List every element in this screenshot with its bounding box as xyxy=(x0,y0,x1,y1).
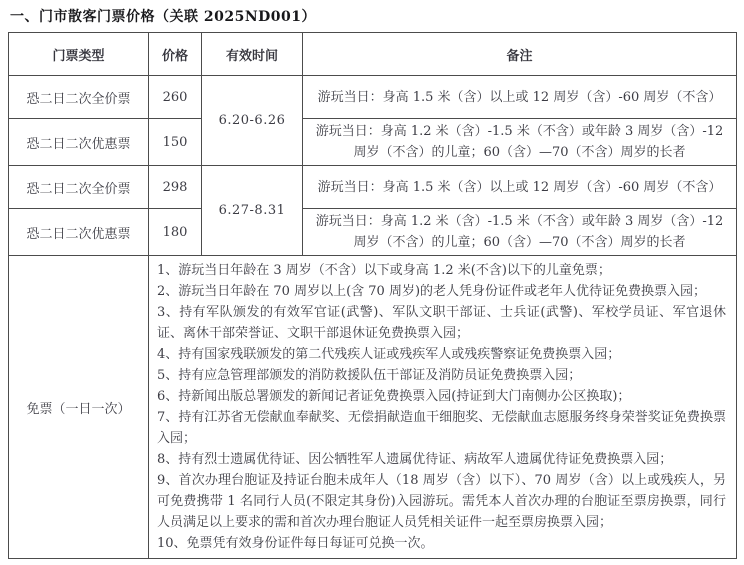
col-header-valid-time: 有效时间 xyxy=(202,33,303,76)
free-rule-item: 6、持新闻出版总署颁发的新闻记者证免费换票入园(持证到大门南侧办公区换取)； xyxy=(157,386,726,407)
ticket-price-table: 门票类型 价格 有效时间 备注 恐二日二次全价票 260 6.20-6.26 游… xyxy=(8,32,737,559)
free-rule-item: 1、游玩当日年龄在 3 周岁（不含）以下或身高 1.2 米(不含)以下的儿童免票… xyxy=(157,260,726,281)
table-header-row: 门票类型 价格 有效时间 备注 xyxy=(9,33,737,76)
free-rule-item: 2、游玩当日年龄在 70 周岁以上(含 70 周岁)的老人凭身份证件或老年人优待… xyxy=(157,281,726,302)
table-row: 恐二日二次优惠票 180 游玩当日：身高 1.2 米（含）-1.5 米（不含）或… xyxy=(9,209,737,256)
free-ticket-label: 免票（一日一次） xyxy=(9,256,149,559)
remark-cell: 游玩当日：身高 1.5 米（含）以上或 12 周岁（含）-60 周岁（不含） xyxy=(303,76,737,119)
table-row: 恐二日二次优惠票 150 游玩当日：身高 1.2 米（含）-1.5 米（不含）或… xyxy=(9,119,737,166)
page-title: 一、门市散客门票价格（关联 2025ND001） xyxy=(10,6,736,26)
free-rule-item: 9、首次办理台胞证及持证台胞未成年人（18 周岁（含）以下）、70 周岁（含）以… xyxy=(157,470,726,533)
document-page: 一、门市散客门票价格（关联 2025ND001） 门票类型 价格 有效时间 备注… xyxy=(0,0,744,559)
ticket-type-cell: 恐二日二次优惠票 xyxy=(9,119,149,166)
valid-time-cell: 6.20-6.26 xyxy=(202,76,303,166)
free-rule-item: 5、持有应急管理部颁发的消防救援队伍干部证及消防员证免费换票入园； xyxy=(157,365,726,386)
free-rule-item: 4、持有国家残联颁发的第二代残疾人证或残疾军人或残疾警察证免费换票入园； xyxy=(157,344,726,365)
table-row: 恐二日二次全价票 298 6.27-8.31 游玩当日：身高 1.5 米（含）以… xyxy=(9,166,737,209)
col-header-price: 价格 xyxy=(149,33,202,76)
ticket-type-cell: 恐二日二次全价票 xyxy=(9,166,149,209)
col-header-remark: 备注 xyxy=(303,33,737,76)
price-cell: 150 xyxy=(149,119,202,166)
free-ticket-rules-cell: 1、游玩当日年龄在 3 周岁（不含）以下或身高 1.2 米(不含)以下的儿童免票… xyxy=(149,256,737,559)
free-rule-item: 7、持有江苏省无偿献血奉献奖、无偿捐献造血干细胞奖、无偿献血志愿服务终身荣誉奖证… xyxy=(157,407,726,449)
table-row: 恐二日二次全价票 260 6.20-6.26 游玩当日：身高 1.5 米（含）以… xyxy=(9,76,737,119)
remark-cell: 游玩当日：身高 1.2 米（含）-1.5 米（不含）或年龄 3 周岁（含）-12… xyxy=(303,119,737,166)
col-header-ticket-type: 门票类型 xyxy=(9,33,149,76)
remark-cell: 游玩当日：身高 1.2 米（含）-1.5 米（不含）或年龄 3 周岁（含）-12… xyxy=(303,209,737,256)
free-rule-item: 8、持有烈士遗属优待证、因公牺牲军人遗属优待证、病故军人遗属优待证免费换票入园； xyxy=(157,449,726,470)
ticket-type-cell: 恐二日二次优惠票 xyxy=(9,209,149,256)
ticket-type-cell: 恐二日二次全价票 xyxy=(9,76,149,119)
free-rule-item: 3、持有军队颁发的有效军官证(武警)、军队文职干部证、士兵证(武警)、军校学员证… xyxy=(157,302,726,344)
free-ticket-row: 免票（一日一次） 1、游玩当日年龄在 3 周岁（不含）以下或身高 1.2 米(不… xyxy=(9,256,737,559)
remark-cell: 游玩当日：身高 1.5 米（含）以上或 12 周岁（含）-60 周岁（不含） xyxy=(303,166,737,209)
price-cell: 298 xyxy=(149,166,202,209)
price-cell: 180 xyxy=(149,209,202,256)
valid-time-cell: 6.27-8.31 xyxy=(202,166,303,256)
free-rule-item: 10、免票凭有效身份证件每日每证可兑换一次。 xyxy=(157,533,726,554)
price-cell: 260 xyxy=(149,76,202,119)
